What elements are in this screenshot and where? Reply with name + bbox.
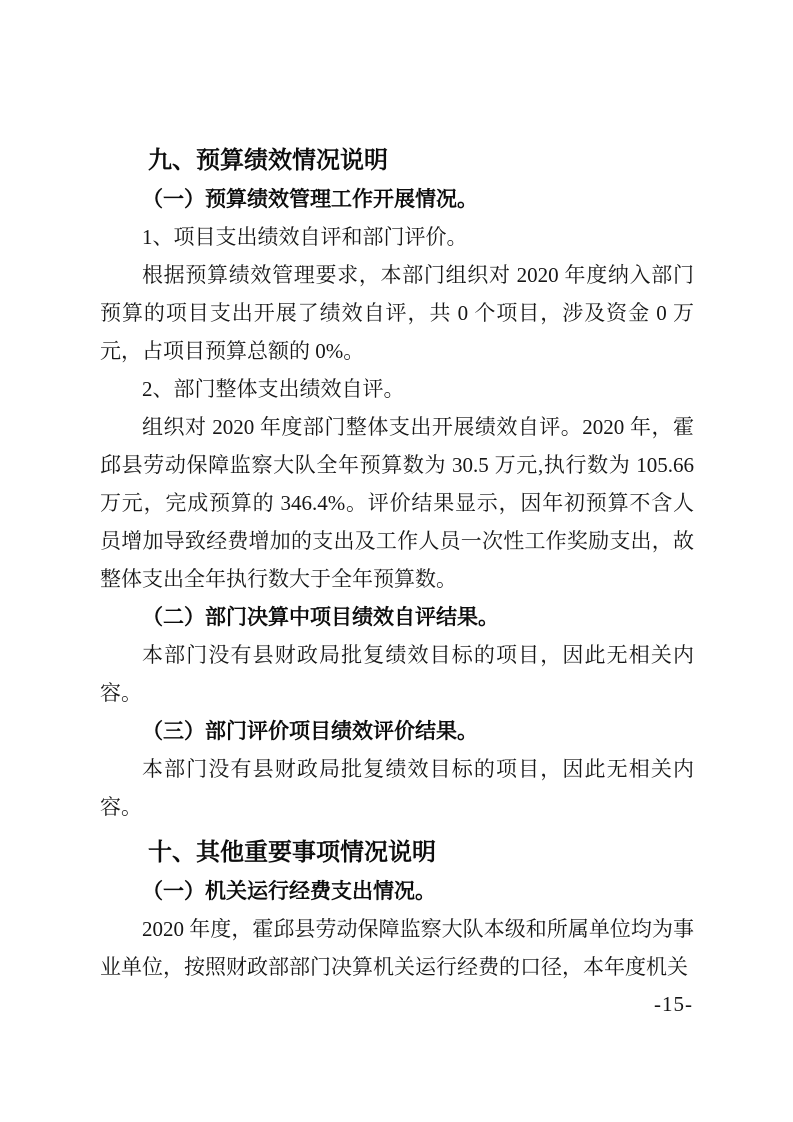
subheading-1-performance-management-work: （一）预算绩效管理工作开展情况。 <box>100 180 694 218</box>
para-item-2-overall-expenditure: 2、部门整体支出绩效自评。 <box>100 370 694 408</box>
subheading-3-department-evaluation-results: （三）部门评价项目绩效评价结果。 <box>100 712 694 750</box>
para-no-related-content-2: 本部门没有县财政局批复绩效目标的项目，因此无相关内容。 <box>100 750 694 826</box>
heading-section-ten-other-important-matters: 十、其他重要事项情况说明 <box>100 834 694 872</box>
subheading-2-final-accounts-self-evaluation-results: （二）部门决算中项目绩效自评结果。 <box>100 598 694 636</box>
document-body: 九、预算绩效情况说明 （一）预算绩效管理工作开展情况。 1、项目支出绩效自评和部… <box>100 142 694 986</box>
para-no-related-content-1: 本部门没有县财政局批复绩效目标的项目，因此无相关内容。 <box>100 636 694 712</box>
subheading-1-operating-expense: （一）机关运行经费支出情况。 <box>100 872 694 910</box>
document-page: 九、预算绩效情况说明 （一）预算绩效管理工作开展情况。 1、项目支出绩效自评和部… <box>0 0 793 1122</box>
page-number: -15- <box>654 992 693 1017</box>
para-item-1-project-self-evaluation: 1、项目支出绩效自评和部门评价。 <box>100 218 694 256</box>
heading-section-nine-budget-performance: 九、预算绩效情况说明 <box>100 142 694 180</box>
para-operating-expense-detail: 2020 年度，霍邱县劳动保障监察大队本级和所属单位均为事业单位，按照财政部部门… <box>100 910 694 986</box>
para-overall-expenditure-detail: 组织对 2020 年度部门整体支出开展绩效自评。2020 年，霍邱县劳动保障监察… <box>100 408 694 598</box>
para-project-self-evaluation-detail: 根据预算绩效管理要求，本部门组织对 2020 年度纳入部门预算的项目支出开展了绩… <box>100 256 694 370</box>
